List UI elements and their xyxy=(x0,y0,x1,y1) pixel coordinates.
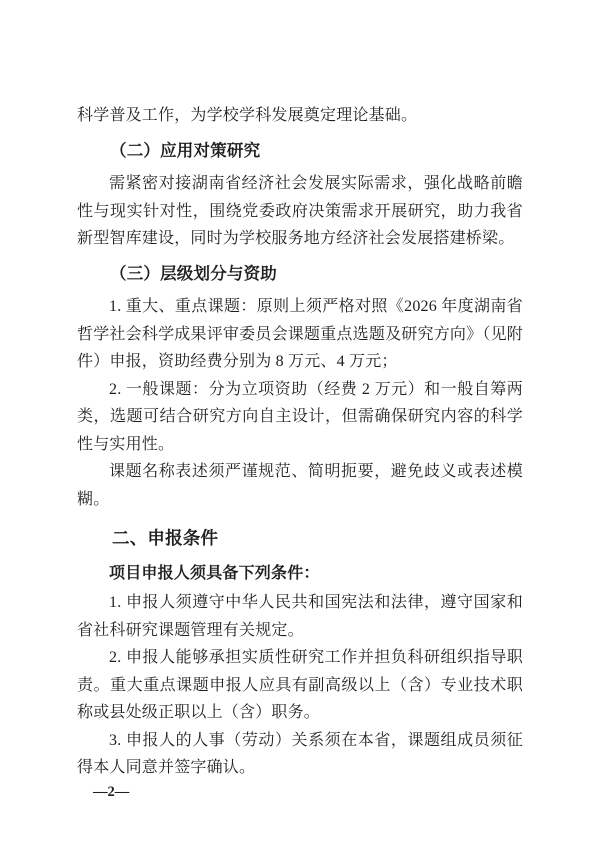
paragraph: 3. 申报人的人事（劳动）关系须在本省，课题组成员须征得本人同意并签字确认。 xyxy=(77,727,523,782)
paragraph: 1. 申报人须遵守中华人民共和国宪法和法律，遵守国家和省社科研究课题管理有关规定… xyxy=(77,589,523,644)
paragraph: 课题名称表述须严谨规范、简明扼要，避免歧义或表述模糊。 xyxy=(77,458,523,513)
paragraph: 2. 申报人能够承担实质性研究工作并担负科研组织指导职责。重大重点课题申报人应具… xyxy=(77,644,523,727)
subsection-heading: （二）应用对策研究 xyxy=(77,137,523,165)
document-page: 科学普及工作，为学校学科发展奠定理论基础。（二）应用对策研究需紧密对接湖南省经济… xyxy=(0,0,600,848)
paragraph: 科学普及工作，为学校学科发展奠定理论基础。 xyxy=(77,102,523,130)
paragraph: 2. 一般课题：分为立项资助（经费 2 万元）和一般自筹两类，选题可结合研究方向… xyxy=(77,376,523,459)
conditions-intro-heading: 项目申报人须具备下列条件： xyxy=(77,560,523,588)
section-heading: 二、申报条件 xyxy=(77,525,523,553)
paragraph: 需紧密对接湖南省经济社会发展实际需求，强化战略前瞻性与现实针对性，围绕党委政府决… xyxy=(77,170,523,253)
page-number: —2— xyxy=(93,784,129,801)
paragraph: 1. 重大、重点课题：原则上须严格对照《2026 年度湖南省哲学社会科学成果评审… xyxy=(77,293,523,376)
document-body: 科学普及工作，为学校学科发展奠定理论基础。（二）应用对策研究需紧密对接湖南省经济… xyxy=(77,102,523,782)
subsection-heading: （三）层级划分与资助 xyxy=(77,260,523,288)
